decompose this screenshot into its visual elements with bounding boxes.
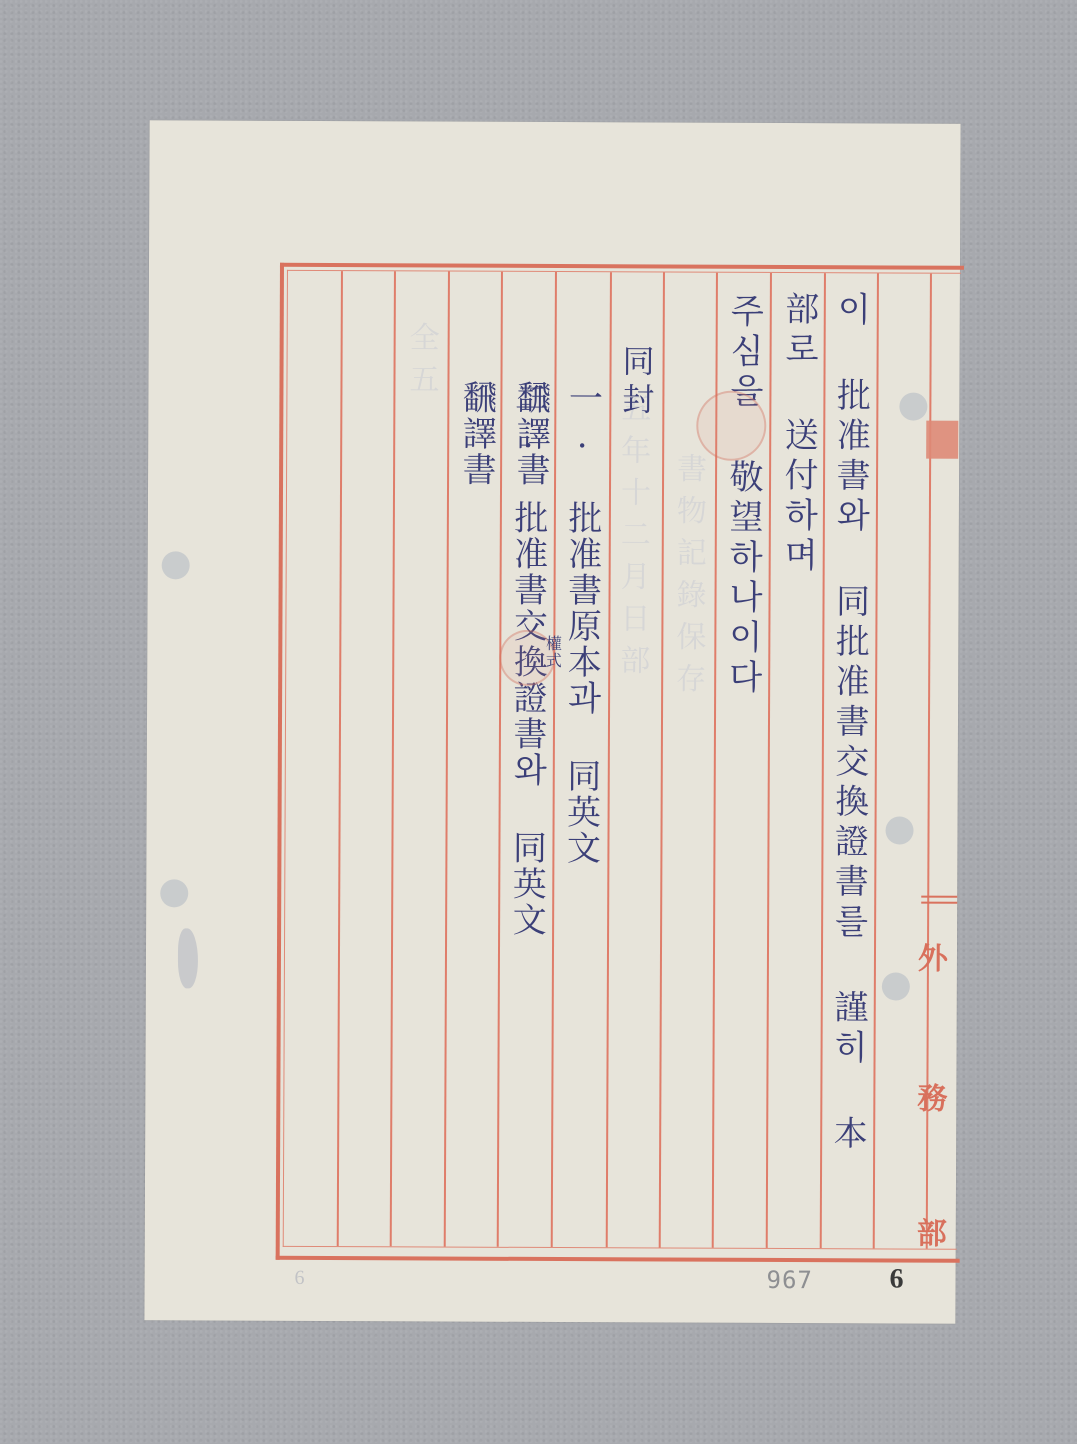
show-through-text: 書物記錄保存 [664,452,710,952]
text-column-1: 이 批准書와 同批准書交換證書를 謹히 本部로 送付하며 [821,291,877,1191]
red-seal [696,391,766,461]
side-divider [921,896,957,898]
seal-annotation: 權式 [541,635,564,669]
archive-stamp-number: 967 [767,1266,813,1294]
red-ink-mark [926,421,958,459]
page-number: 6 [890,1263,904,1295]
show-through-text: 全五 [397,321,443,671]
punch-hole [162,551,190,579]
text-column-2: 주심을 敬望하나이다 [716,293,770,793]
side-label-char: 外 [918,934,958,978]
side-divider [921,902,957,904]
punch-hole [885,816,913,844]
punch-hole [160,879,188,907]
text-column-3: 同封 [610,344,663,464]
side-label-char: 務 [917,1074,957,1118]
faint-corner-mark: 6 [295,1267,305,1290]
show-through-text: 五年十二月日部 [608,392,654,912]
side-label-char: 部 [917,1209,957,1253]
smudge [178,928,198,988]
document-page: 外 務 部 五年十二月日部 書物記錄保存 全五 이 批准書와 同批准書交換證書를… [144,120,960,1324]
punch-hole [882,972,910,1000]
punch-hole [899,393,927,421]
